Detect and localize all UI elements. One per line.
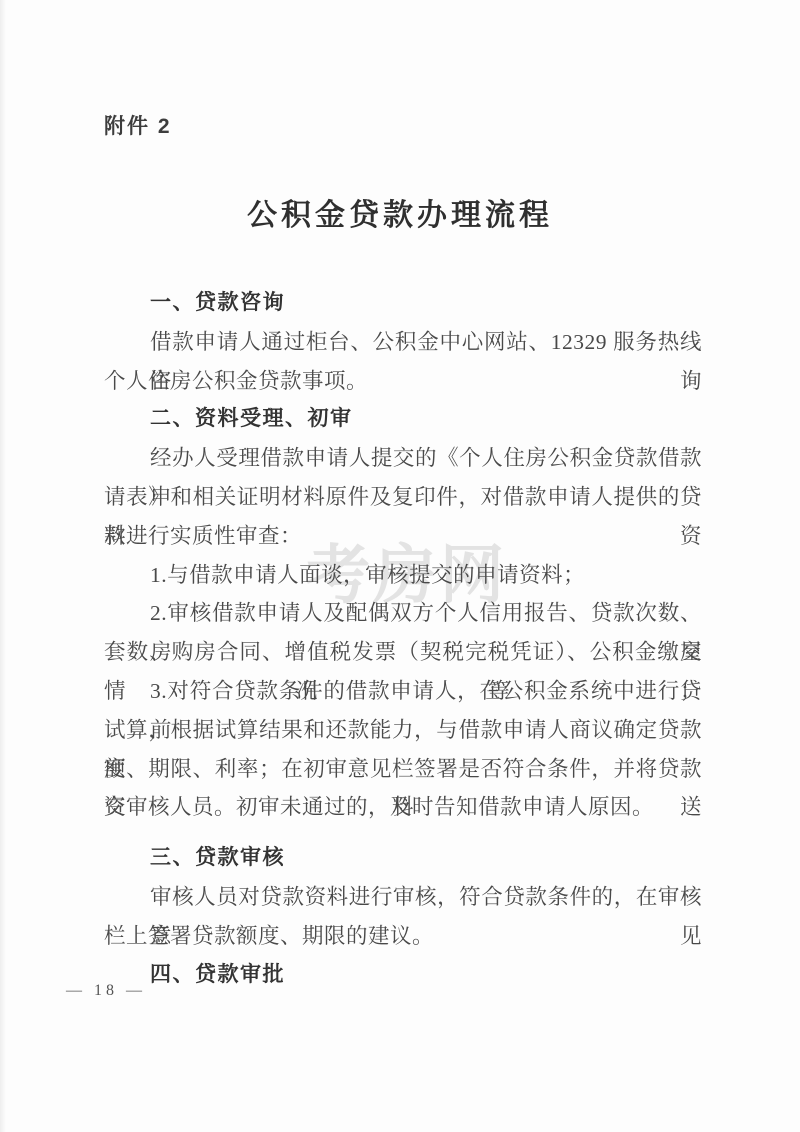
text-line: 请表》和相关证明材料原件及复印件，对借款申请人提供的贷款资 [104, 478, 702, 517]
text-line: 试算，根据试算结果和还款能力，与借款申请人商议确定贷款额 [104, 711, 702, 750]
text-line: 交审核人员。初审未通过的，及时告知借款申请人原因。 [104, 788, 702, 827]
section-3-heading: 三、贷款审核 [104, 839, 702, 878]
text-line: 审核人员对贷款资料进行审核，符合贷款条件的，在审核意见 [104, 878, 702, 917]
document-page: 考房网 附件 2 公积金贷款办理流程 一、贷款咨询 借款申请人通过柜台、公积金中… [0, 0, 800, 1132]
list-item-3: 3.对符合贷款条件的借款申请人，在公积金系统中进行贷前 [104, 672, 702, 711]
document-title: 公积金贷款办理流程 [0, 190, 800, 234]
text-line: 借款申请人通过柜台、公积金中心网站、12329 服务热线咨询 [104, 323, 702, 362]
document-body: 一、贷款咨询 借款申请人通过柜台、公积金中心网站、12329 服务热线咨询 个人… [104, 284, 702, 994]
page-number: — 18 — [66, 982, 146, 1000]
text-line: 经办人受理借款申请人提交的《个人住房公积金贷款借款申 [104, 439, 702, 478]
section-1-heading: 一、贷款咨询 [104, 284, 702, 323]
text-line: 度、期限、利率；在初审意见栏签署是否符合条件，并将贷款资料送 [104, 750, 702, 789]
list-item-1: 1.与借款申请人面谈，审核提交的申请资料； [104, 556, 702, 595]
section-2-heading: 二、资料受理、初审 [104, 400, 702, 439]
section-4-heading: 四、贷款审批 [104, 956, 702, 995]
text-line: 套数、购房合同、增值税发票（契税完税凭证）、公积金缴交情况等； [104, 633, 702, 672]
list-item-2: 2.审核借款申请人及配偶双方个人信用报告、贷款次数、房屋 [104, 594, 702, 633]
attachment-label: 附件 2 [104, 110, 172, 140]
